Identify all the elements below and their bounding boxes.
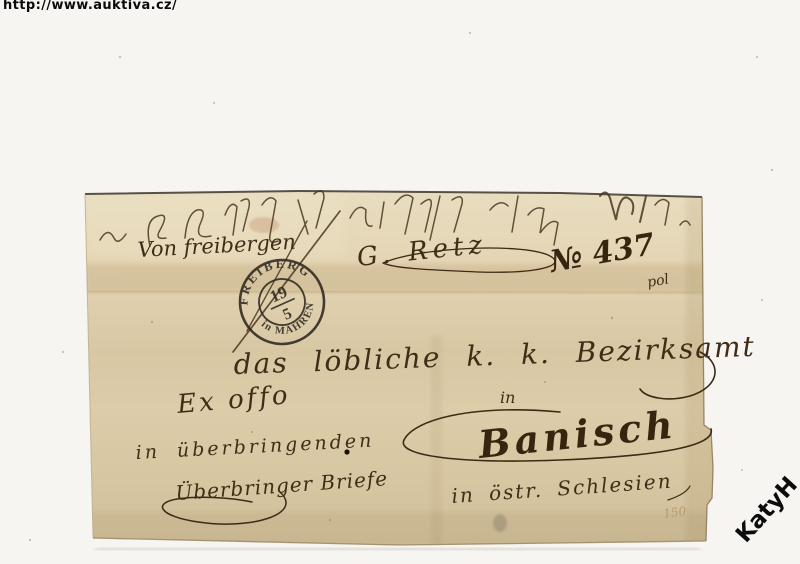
- address-in-text: in: [500, 388, 515, 407]
- stain-blot: [493, 514, 507, 532]
- right-edge-shading: [686, 197, 714, 543]
- auction-photo-canvas: http://www.auktiva.cz/: [0, 0, 800, 564]
- paper-drop-shadow: [95, 548, 700, 550]
- letter-cover-photo: Von freibergen G. Retz № 437 pol FREIBER…: [0, 0, 800, 564]
